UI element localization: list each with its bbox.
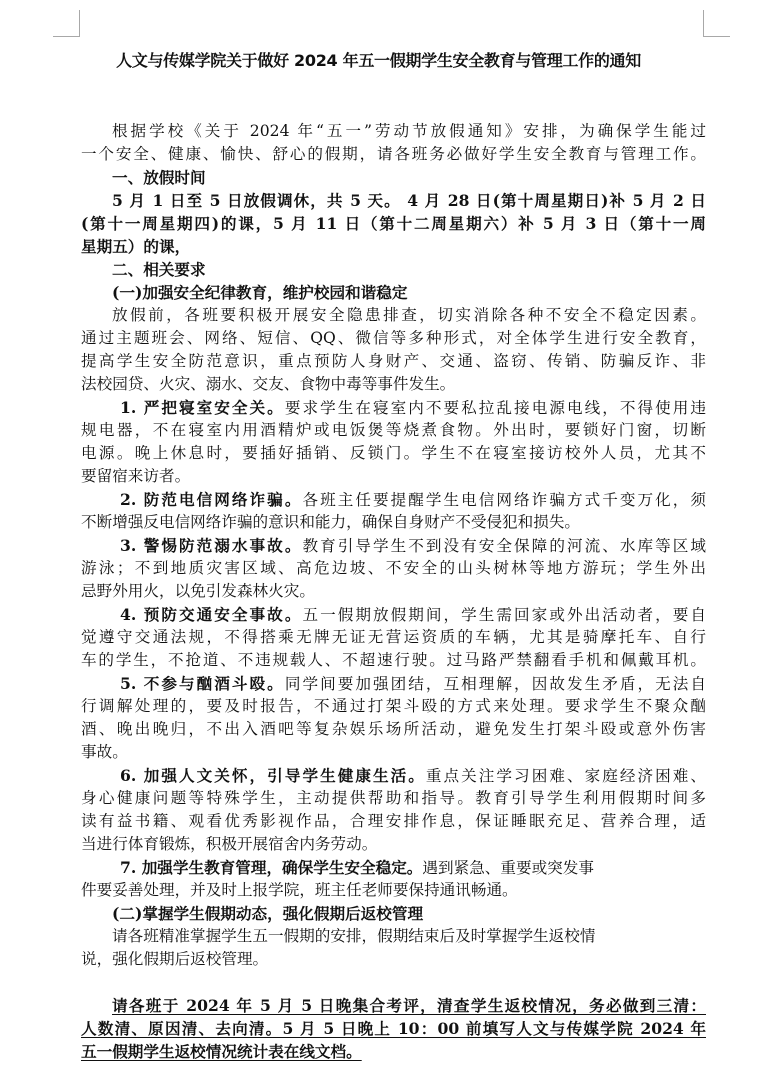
section-heading-holiday-time: 一、放假时间: [81, 166, 706, 189]
item-6-line: 6. 加强人文关怀，引导学生健康生活。重点关注学习困难、家庭经济困难、: [81, 764, 706, 787]
item-7-line: 7. 加强学生教育管理，确保学生安全稳定。遇到紧急、重要或突发事: [81, 856, 706, 879]
item-1-line: 1. 严把寝室安全关。要求学生在寝室内不要私拉乱接电源电线，不得使用违: [81, 396, 706, 419]
paragraph-line: 请各班精准掌握学生五一假期的安排，假期结束后及时掌握学生返校情: [81, 925, 706, 948]
paragraph-line: 5 月 1 日至 5 日放假调休，共 5 天。 4 月 28 日(第十周星期日)…: [81, 189, 706, 212]
paragraph-line: 读有益书籍、观看优秀影视作品，合理安排作息，保证睡眠充足、营养合理，适: [81, 810, 706, 833]
paragraph-line: 酒、晚出晚归，不出入酒吧等复杂娱乐场所活动，避免发生打架斗殴或意外伤害: [81, 718, 706, 741]
item-text: 重点关注学习困难、家庭经济困难、: [426, 767, 706, 785]
item-text: 教育引导学生不到没有安全保障的河流、水库等区域: [302, 537, 706, 555]
item-3-line: 3. 警惕防范溺水事故。教育引导学生不到没有安全保障的河流、水库等区域: [81, 534, 706, 557]
item-text: 要求学生在寝室内不要私拉乱接电源电线，不得使用违: [285, 399, 706, 417]
paragraph-line: 忌野外用火，以免引发森林火灾。: [81, 580, 706, 603]
notice-line: 请各班于 2024 年 5 月 5 日晚集合考评，清查学生返校情况，务必做到三清…: [81, 994, 706, 1017]
item-text: 五一假期放假期间，学生需回家或外出活动者，要自: [302, 606, 706, 624]
notice-line: 人数清、原因清、去向清。5 月 5 日晚上 10：00 前填写人文与传媒学院 2…: [81, 1017, 706, 1040]
paragraph-line: 游泳；不到地质灾害区域、高危边坡、不安全的山头树林等地方游玩；学生外出: [81, 557, 706, 580]
paragraph-line: 身心健康问题等特殊学生，主动提供帮助和指导。教育引导学生利用假期时间多: [81, 787, 706, 810]
subsection-heading-return-management: (二)掌握学生假期动态，强化假期后返校管理: [81, 902, 706, 925]
document-title: 人文与传媒学院关于做好 2024 年五一假期学生安全教育与管理工作的通知: [0, 48, 757, 71]
item-text: 遇到紧急、重要或突发事: [422, 859, 594, 877]
paragraph-line: 当进行体育锻炼，积极开展宿舍内务劳动。: [81, 833, 706, 856]
paragraph-line: 规电器，不在寝室内用酒精炉或电饭煲等烧煮食物。外出时，要锁好门窗，切断: [81, 419, 706, 442]
item-5-heading: 5. 不参与酗酒斗殴。: [120, 674, 285, 693]
notice-text: 五一假期学生返校情况统计表在线文档。: [81, 1042, 362, 1061]
paragraph-line: 件要妥善处理，并及时上报学院，班主任老师要保持通讯畅通。: [81, 879, 706, 902]
page-corner-mark-top-right: [703, 10, 730, 37]
item-5-line: 5. 不参与酗酒斗殴。同学间要加强团结，互相理解，因故发生矛盾，无法自: [81, 672, 706, 695]
item-4-line: 4. 预防交通安全事故。五一假期放假期间，学生需回家或外出活动者，要自: [81, 603, 706, 626]
paragraph-line: 法校园贷、火灾、溺水、交友、食物中毒等事件发生。: [81, 373, 706, 396]
paragraph-line: 觉遵守交通法规，不得搭乘无牌无证无营运资质的车辆，尤其是骑摩托车、自行: [81, 626, 706, 649]
item-1-heading: 1. 严把寝室安全关。: [120, 398, 285, 417]
document-body: 根据学校《关于 2024 年“五一”劳动节放假通知》安排，为确保学生能过 一个安…: [81, 120, 706, 1063]
item-text: 各班主任要提醒学生电信网络诈骗方式千变万化，须: [302, 491, 706, 509]
paragraph-line: 要留宿来访者。: [81, 465, 706, 488]
paragraph-line: 星期五）的课，: [81, 235, 706, 258]
paragraph-line: 提高学生安全防范意识，重点预防人身财产、交通、盗窃、传销、防骗反诈、非: [81, 350, 706, 373]
paragraph-line: 事故。: [81, 741, 706, 764]
item-4-heading: 4. 预防交通安全事故。: [120, 605, 302, 624]
item-text: 同学间要加强团结，互相理解，因故发生矛盾，无法自: [285, 675, 706, 693]
paragraph-line: 一个安全、健康、愉快、舒心的假期，请各班务必做好学生安全教育与管理工作。: [81, 143, 706, 166]
paragraph-line: 电源。晚上休息时，要插好插销、反锁门。学生不在寝室接访校外人员，尤其不: [81, 442, 706, 465]
page-corner-mark-top-left: [53, 10, 80, 37]
paragraph-line: 根据学校《关于 2024 年“五一”劳动节放假通知》安排，为确保学生能过: [81, 120, 706, 143]
paragraph-line: 行调解处理的，要及时报告，不通过打架斗殴的方式来处理。要求学生不聚众酗: [81, 695, 706, 718]
item-2-heading: 2. 防范电信网络诈骗。: [120, 490, 302, 509]
item-3-heading: 3. 警惕防范溺水事故。: [120, 536, 302, 555]
item-2-line: 2. 防范电信网络诈骗。各班主任要提醒学生电信网络诈骗方式千变万化，须: [81, 488, 706, 511]
paragraph-line: 放假前，各班要积极开展安全隐患排查，切实消除各种不安全不稳定因素。: [81, 304, 706, 327]
notice-line: 五一假期学生返校情况统计表在线文档。: [81, 1040, 706, 1063]
spacer: [81, 971, 706, 994]
notice-text: 人数清、原因清、去向清。5 月 5 日晚上 10：00 前填写人文与传媒学院 2…: [81, 1019, 706, 1038]
item-7-heading: 7. 加强学生教育管理，确保学生安全稳定。: [120, 858, 422, 877]
paragraph-line: 说，强化假期后返校管理。: [81, 948, 706, 971]
notice-text: 请各班于 2024 年 5 月 5 日晚集合考评，清查学生返校情况，务必做到三清…: [112, 996, 706, 1015]
section-heading-requirements: 二、相关要求: [81, 258, 706, 281]
paragraph-line: (第十一周星期四)的课，5 月 11 日（第十二周星期六）补 5 月 3 日（第…: [81, 212, 706, 235]
paragraph-line: 车的学生，不抢道、不违规载人、不超速行驶。过马路严禁翻看手机和佩戴耳机。: [81, 649, 706, 672]
item-6-heading: 6. 加强人文关怀，引导学生健康生活。: [120, 766, 426, 785]
paragraph-line: 不断增强反电信网络诈骗的意识和能力，确保自身财产不受侵犯和损失。: [81, 511, 706, 534]
subsection-heading-discipline: (一)加强安全纪律教育，维护校园和谐稳定: [81, 281, 706, 304]
paragraph-line: 通过主题班会、网络、短信、QQ、微信等多种形式，对全体学生进行安全教育，: [81, 327, 706, 350]
